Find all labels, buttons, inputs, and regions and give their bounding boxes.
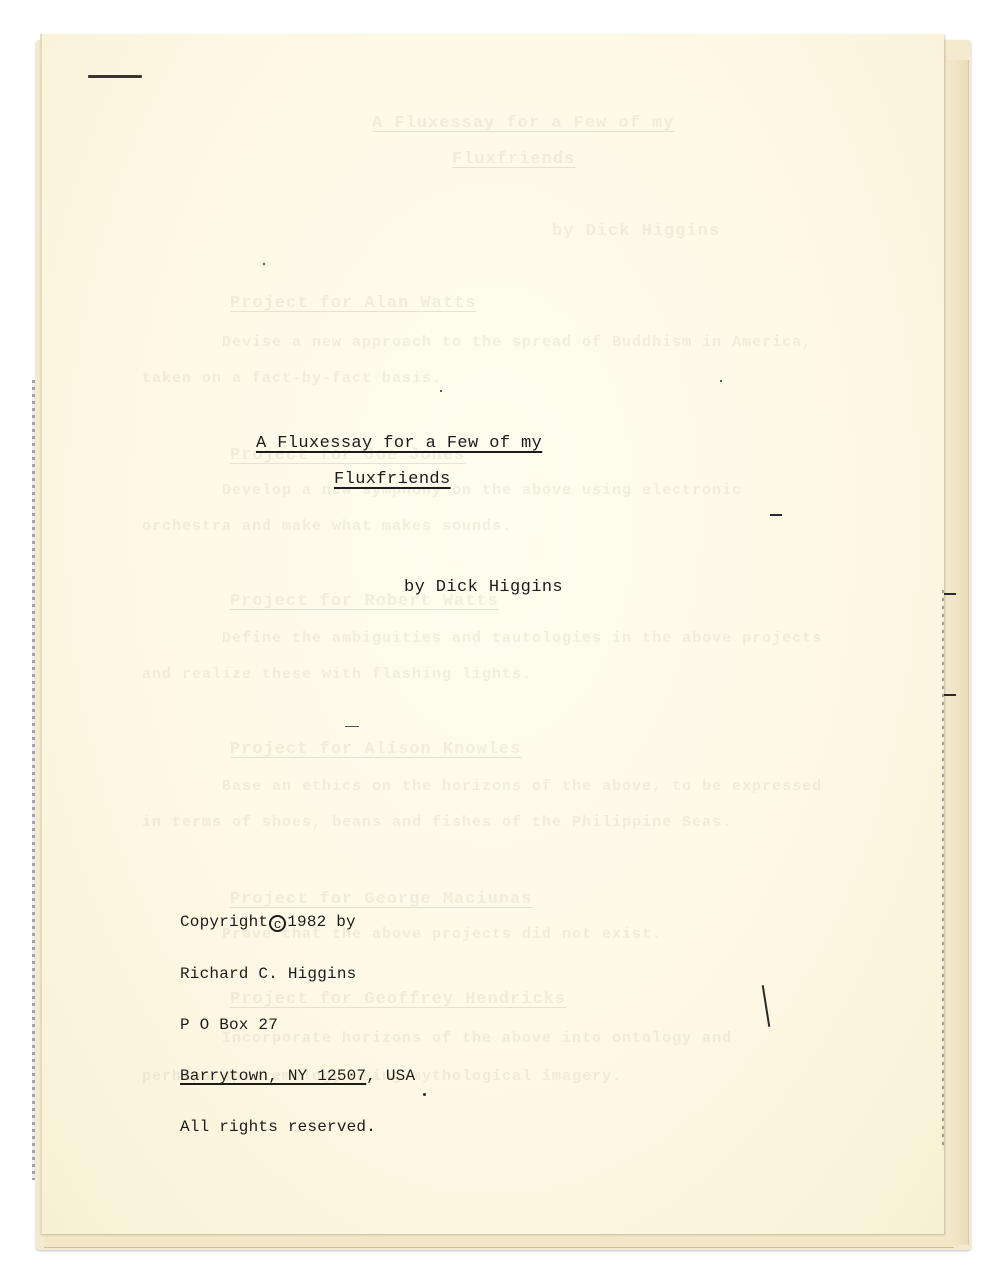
ghost-byline: by Dick Higgins [552,222,720,241]
ghost-line: Develop a new symphony on the above usin… [222,482,742,499]
stray-dash-mark [770,514,782,516]
ghost-line: Define the ambiguities and tautologies i… [222,630,822,647]
ghost-heading-4: Project for Alison Knowles [230,740,521,759]
copyright-label: Copyright [180,913,268,931]
copyright-holder: Richard C. Higgins [180,966,415,983]
ghost-line: Devise a new approach to the spread of B… [222,334,812,351]
copyright-line-1: Copyrightc1982 by [180,914,415,932]
ghost-line: taken on a fact-by-fact basis. [142,370,442,387]
document-title-line-2: Fluxfriends [334,470,451,489]
paper-stack-bottom-edge [44,1233,954,1248]
document-title-line-1: A Fluxessay for a Few of my [256,434,542,453]
right-edge-ink-bleed [942,590,944,1150]
edge-tick-mark [944,694,956,696]
left-edge-ink-bleed [32,380,35,1180]
edge-tick-mark [944,593,956,595]
title-page: A Fluxessay for a Few of my Fluxfriends … [40,34,944,1234]
copyright-block: Copyrightc1982 by Richard C. Higgins P O… [180,880,415,1153]
copyright-po-box: P O Box 27 [180,1017,415,1034]
ghost-title-line-2: Fluxfriends [452,150,575,169]
ghost-heading-1: Project for Alan Watts [230,294,476,313]
copyright-city-zip: Barrytown, NY 12507 [180,1067,366,1085]
copyright-symbol-icon: c [269,915,286,932]
copyright-address: Barrytown, NY 12507, USA [180,1068,415,1085]
copyright-country: , USA [366,1067,415,1085]
ghost-line: in terms of shoes, beans and fishes of t… [142,814,732,831]
copyright-year: 1982 by [287,913,356,931]
staple-mark [88,75,142,78]
paper-stack-right-edge [940,60,969,1245]
stray-dash-mark [345,726,359,727]
ink-speck [423,1093,426,1096]
ink-speck [263,263,265,265]
ink-speck [720,380,722,382]
document-byline: by Dick Higgins [404,578,563,597]
ghost-title-line-1: A Fluxessay for a Few of my [372,114,674,133]
copyright-rights: All rights reserved. [180,1119,415,1136]
ghost-line: and realize these with flashing lights. [142,666,532,683]
ghost-line: Base an ethics on the horizons of the ab… [222,778,822,795]
ghost-line: orchestra and make what makes sounds. [142,518,512,535]
ink-speck [440,390,442,392]
